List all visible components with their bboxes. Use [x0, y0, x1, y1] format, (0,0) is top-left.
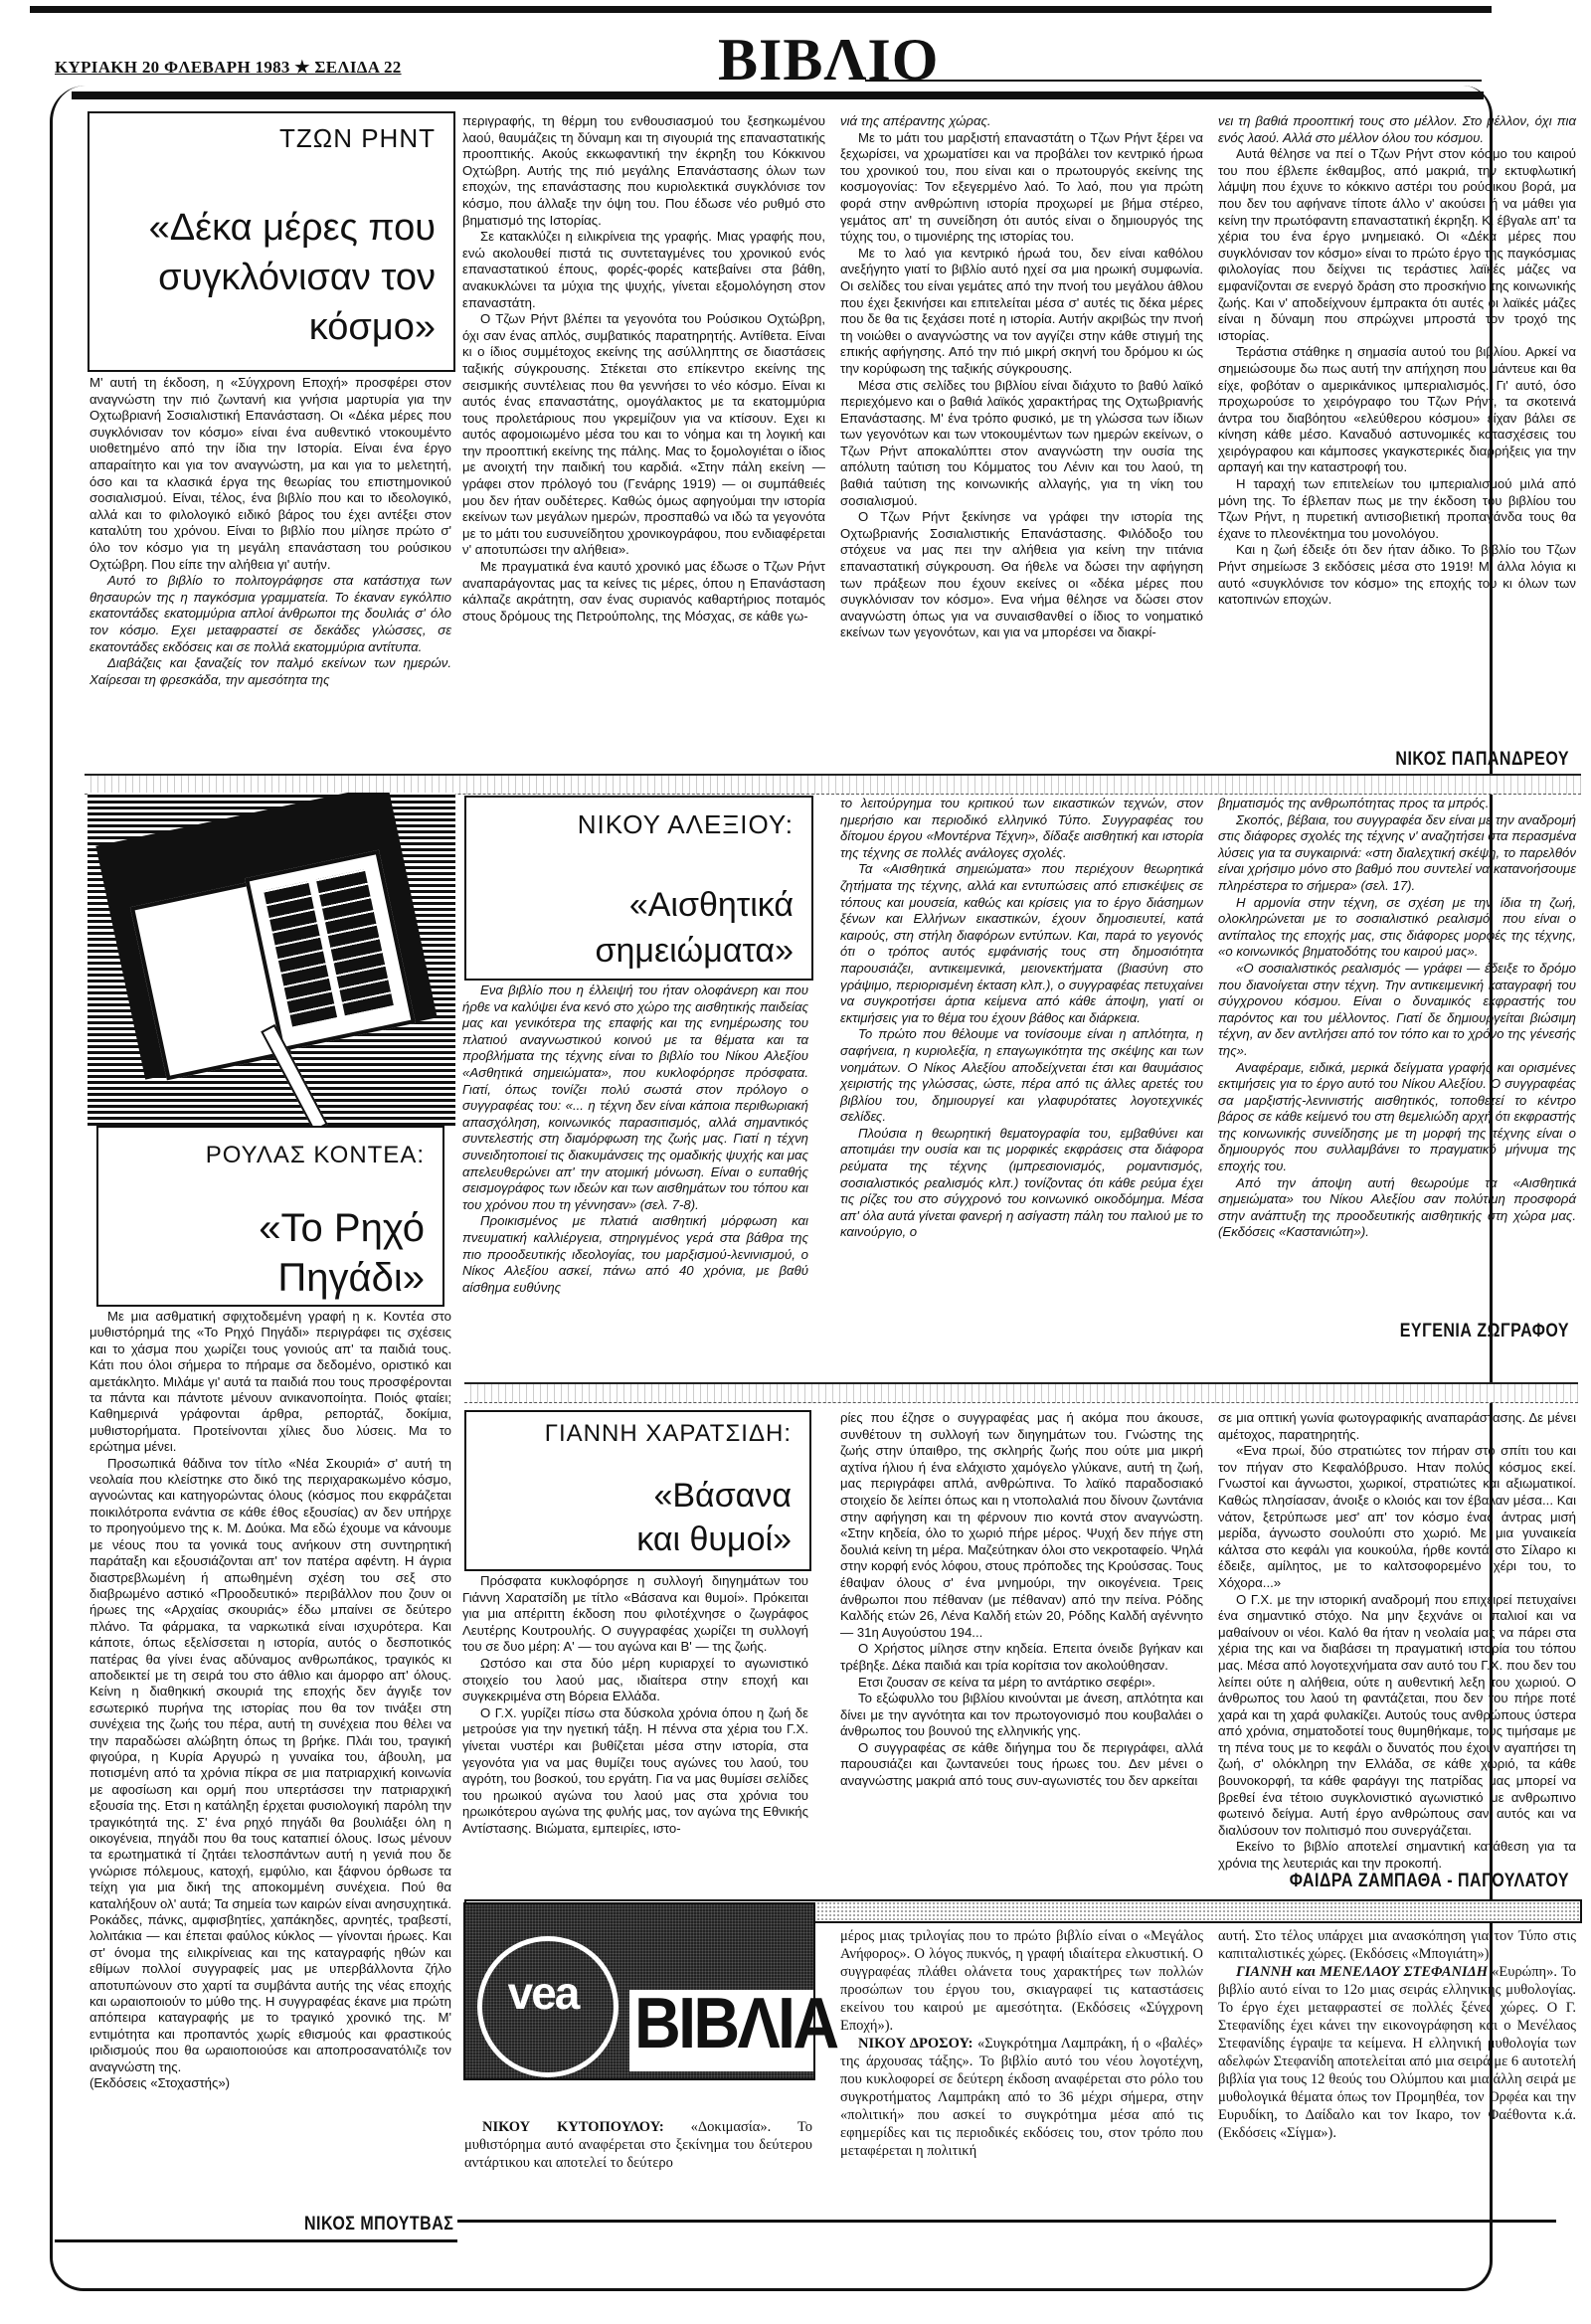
- reed-signature: ΝΙΚΟΣ ΠΑΠΑΝΔΡΕΟΥ: [1395, 749, 1569, 771]
- xaratsidis-column-2: ρίες που έζησε ο συγγραφέας μας ή ακόμα …: [840, 1410, 1203, 1790]
- reed-paragraph: Αυτά θέλησε να πεί ο Τζων Ρήντ στον κόσμ…: [1218, 146, 1576, 344]
- xaratsidis-paragraph: Ετσι ζουσαν σε κείνα τα μέρη το αντάρτικ…: [840, 1675, 1203, 1692]
- reed-paragraph: Μ' αυτή τη έκδοση, η «Σύγχρονη Εποχή» πρ…: [89, 375, 451, 573]
- reed-paragraph: Με πραγματικά ένα καυτό χρονικό μας έδωσ…: [462, 559, 825, 625]
- reed-title-box: ΤΖΩΝ ΡΗΝΤ «Δέκα μέρες που συγκλόνισαν το…: [88, 111, 455, 372]
- alexiou-column-3: βηματισμός της ανθρωπότητας προς τα μπρό…: [1218, 796, 1576, 1241]
- kontea-paragraph: Προσωπικά θάδινα τον τίτλο «Νέα Σκουριά»…: [89, 1456, 451, 2075]
- alexiou-title-box: ΝΙΚΟΥ ΑΛΕΞΙΟΥ: «Αισθητικά σημειώματα»: [464, 796, 813, 981]
- section-divider: [85, 774, 1581, 795]
- kontea-book-title: «Το Ρηχό Πηγάδι»: [226, 1203, 425, 1303]
- top-rule: [30, 6, 1492, 13]
- alexiou-author-heading: ΝΙΚΟΥ ΑΛΕΞΙΟΥ:: [578, 809, 794, 840]
- xaratsidis-paragraph: Ο συγγραφέας σε κάθε διήγημα του δε περι…: [840, 1740, 1203, 1790]
- alexiou-paragraph: «Ο σοσιαλιστικός ρεαλισμός — γράφει — έδ…: [1218, 961, 1576, 1060]
- reed-book-title: «Δέκα μέρες που συγκλόνισαν τον κόσμο»: [117, 203, 436, 352]
- kytopoulos-lead: ΝΙΚΟΥ ΚΥΤΟΠΟΥΛΟΥ:: [482, 2119, 664, 2135]
- reed-author-heading: ΤΖΩΝ ΡΗΝΤ: [279, 123, 436, 154]
- reed-paragraph: νει τη βαθιά προοπτική τους στο μέλλον. …: [1218, 113, 1576, 146]
- stefanidis-text: «Ευρώπη». Το βιβλίο αυτό είναι το 12ο μι…: [1218, 1964, 1576, 2141]
- alexiou-book-title: «Αισθητικά σημειώματα»: [505, 882, 794, 974]
- reed-column-1: Μ' αυτή τη έκδοση, η «Σύγχρονη Εποχή» πρ…: [89, 375, 451, 688]
- alexiou-column-1: Ενα βιβλίο που η έλλειψή του ήταν ολοφάν…: [462, 983, 808, 1296]
- reed-paragraph: Με το λαό για κεντρικό ήρωά του, δεν είν…: [840, 246, 1203, 378]
- kontea-title-box: ΡΟΥΛΑΣ ΚΟΝΤΕΑ: «Το Ρηχό Πηγάδι»: [96, 1126, 444, 1307]
- xaratsidis-paragraph: «Ενα πρωί, δύο στρατιώτες τον πήραν στο …: [1218, 1443, 1576, 1591]
- section-divider: [464, 1382, 1578, 1403]
- reed-paragraph: περιγραφής, τη θέρμη του ενθουσιασμού το…: [462, 113, 825, 229]
- alexiou-paragraph: Αναφέραμε, ειδικά, μερικά δείγματα γραφή…: [1218, 1060, 1576, 1175]
- xaratsidis-paragraph: Ο Γ.Χ. με την ιστορική αναδρομή που επιχ…: [1218, 1592, 1576, 1840]
- nea-biblia-column-1: ΝΙΚΟΥ ΚΥΤΟΠΟΥΛΟΥ: «Δοκιμασία». Το μυθιστ…: [464, 2118, 812, 2172]
- xaratsidis-paragraph: Πρόσφατα κυκλοφόρησε η συλλογή διηγημάτω…: [462, 1573, 808, 1656]
- nea-biblia-column-2: μέρος μιας τριλογίας που το πρώτο βιβλίο…: [840, 1927, 1203, 2160]
- frame-top-rule: [72, 91, 1484, 99]
- reed-paragraph: Ο Τζων Ρήντ βλέπει τα γεγονότα του Ρούσι…: [462, 311, 825, 559]
- stefanidis-lead: ΓΙΑΝΝΗ και ΜΕΝΕΛΑΟΥ ΣΤΕΦΑΝΙΔΗ: [1236, 1964, 1488, 1980]
- xaratsidis-paragraph: Ο Γ.Χ. γυρίζει πίσω στα δύσκολα χρόνια ό…: [462, 1705, 808, 1838]
- xaratsidis-paragraph: σε μια οπτική γωνία φωτογραφικής αναπαρά…: [1218, 1410, 1576, 1443]
- drosos-lead: ΝΙΚΟΥ ΔΡΟΣΟΥ:: [858, 2036, 972, 2052]
- alexiou-paragraph: Η αρμονία στην τέχνη, σε σχέση με την ίδ…: [1218, 895, 1576, 961]
- alexiou-column-2: το λειτούργημα του κριτικού των εικαστικ…: [840, 796, 1203, 1241]
- kontea-paragraph: Με μια ασθματική σφιχτοδεμένη γραφή η κ.…: [89, 1309, 451, 1456]
- reed-paragraph: Μέσα στις σελίδες του βιβλίου είναι διάχ…: [840, 378, 1203, 510]
- xaratsidis-paragraph: Το εξώφυλλο του βιβλίου κινούνται με άνε…: [840, 1691, 1203, 1740]
- masthead-rule: [865, 80, 1482, 82]
- xaratsidis-signature: ΦΑΙΔΡΑ ΖΑΜΠΑΘΑ - ΠΑΓΟΥΛΑΤΟΥ: [1290, 1871, 1569, 1892]
- nea-biblia-column-3: αυτή. Στο τέλος υπάρχει μια ανασκόπηση γ…: [1218, 1927, 1576, 2142]
- reed-paragraph: Ο Τζων Ρήντ ξεκίνησε να γράφει την ιστορ…: [840, 509, 1203, 641]
- open-book-illustration: [88, 793, 455, 1126]
- alexiou-paragraph: Από την άποψη αυτή θεωρούμε τα «Αισθητικ…: [1218, 1175, 1576, 1241]
- kontea-body: Με μια ασθματική σφιχτοδεμένη γραφή η κ.…: [89, 1309, 451, 2092]
- reed-paragraph: νιά της απέραντης χώρας.: [840, 113, 1203, 130]
- reed-paragraph: Η ταραχή των επιτελείων του ιμπεριαλισμο…: [1218, 476, 1576, 542]
- bottom-right-rule: [457, 2220, 1556, 2223]
- kontea-publisher: (Εκδόσεις «Στοχαστής»): [89, 2075, 451, 2091]
- xaratsidis-title-box: ΓΙΑΝΝΗ ΧΑΡΑΤΣΙΔΗ: «Βάσανα και θυμοί»: [464, 1410, 811, 1571]
- xaratsidis-book-title: «Βάσανα και θυμοί»: [632, 1474, 792, 1561]
- reed-paragraph: Με το μάτι του μαρξιστή επαναστάτη ο Τζω…: [840, 130, 1203, 246]
- alexiou-paragraph: Σκοπός, βέβαια, του συγγραφέα δεν είναι …: [1218, 812, 1576, 895]
- alexiou-signature: ΕΥΓΕΝΙΑ ΖΩΓΡΑΦΟΥ: [1400, 1321, 1569, 1342]
- bottom-left-rule: [55, 2239, 457, 2242]
- reed-column-2: περιγραφής, τη θέρμη του ενθουσιασμού το…: [462, 113, 825, 625]
- alexiou-paragraph: Προικισμένος με πλατιά αισθητική μόρφωση…: [462, 1213, 808, 1296]
- nea-biblia-paragraph: αυτή. Στο τέλος υπάρχει μια ανασκόπηση γ…: [1218, 1927, 1576, 1963]
- alexiou-paragraph: Πλούσια η θεωρητική θεματογραφία του, εμ…: [840, 1126, 1203, 1241]
- alexiou-paragraph: βηματισμός της ανθρωπότητας προς τα μπρό…: [1218, 796, 1576, 812]
- alexiou-paragraph: Ενα βιβλίο που η έλλειψή του ήταν ολοφάν…: [462, 983, 808, 1213]
- logo-vea-text: vea: [483, 1966, 603, 2020]
- reed-paragraph: Τεράστια στάθηκε η σημασία αυτού του βιβ…: [1218, 344, 1576, 476]
- xaratsidis-column-3: σε μια οπτική γωνία φωτογραφικής αναπαρά…: [1218, 1410, 1576, 1873]
- reed-paragraph: Αυτό το βιβλίο το πολιτογράφησε στα κατά…: [89, 573, 451, 655]
- xaratsidis-paragraph: Ωστόσο και στα δύο μέρη κυριαρχεί το αγω…: [462, 1656, 808, 1705]
- xaratsidis-paragraph: ρίες που έζησε ο συγγραφέας μας ή ακόμα …: [840, 1410, 1203, 1641]
- drosos-text: «Συγκρότημα Λαμπράκη, ή ο «βαλές» της άρ…: [840, 2036, 1203, 2159]
- alexiou-paragraph: το λειτούργημα του κριτικού των εικαστικ…: [840, 796, 1203, 861]
- logo-biblia-text: ΒΙΒΛΙΑ: [634, 1982, 836, 2065]
- xaratsidis-author-heading: ΓΙΑΝΝΗ ΧΑΡΑΤΣΙΔΗ:: [545, 1420, 792, 1448]
- reed-paragraph: Και η ζωή έδειξε ότι δεν ήταν άδικο. Το …: [1218, 542, 1576, 608]
- nea-biblia-paragraph: μέρος μιας τριλογίας που το πρώτο βιβλίο…: [840, 1927, 1203, 2035]
- reed-column-3: νιά της απέραντης χώρας. Με το μάτι του …: [840, 113, 1203, 641]
- reed-paragraph: Διαβάζεις και ξαναζείς τον παλμό εκείνων…: [89, 655, 451, 688]
- xaratsidis-column-1: Πρόσφατα κυκλοφόρησε η συλλογή διηγημάτω…: [462, 1573, 808, 1838]
- dateline: ΚΥΡΙΑΚΗ 20 ΦΛΕΒΑΡΗ 1983 ★ ΣΕΛΙΔΑ 22: [55, 58, 402, 78]
- kontea-author-heading: ΡΟΥΛΑΣ ΚΟΝΤΕΑ:: [206, 1142, 425, 1169]
- nea-biblia-logo: vea ΒΙΒΛΙΑ: [463, 1902, 815, 2080]
- alexiou-paragraph: Το πρώτο που θέλουμε να τονίσουμε είναι …: [840, 1026, 1203, 1126]
- reed-column-4: νει τη βαθιά προοπτική τους στο μέλλον. …: [1218, 113, 1576, 609]
- alexiou-paragraph: Τα «Αισθητικά σημειώματα» που περιέχουν …: [840, 861, 1203, 1026]
- xaratsidis-paragraph: Ο Χρήστος μίλησε στην κηδεία. Επειτα όνε…: [840, 1641, 1203, 1674]
- kontea-signature: ΝΙΚΟΣ ΜΠΟΥΤΒΑΣ: [304, 2214, 453, 2235]
- reed-paragraph: Σε κατακλύζει η ειλικρίνεια της γραφής. …: [462, 229, 825, 311]
- xaratsidis-paragraph: Εκείνο το βιβλίο αποτελεί σημαντική κατά…: [1218, 1839, 1576, 1872]
